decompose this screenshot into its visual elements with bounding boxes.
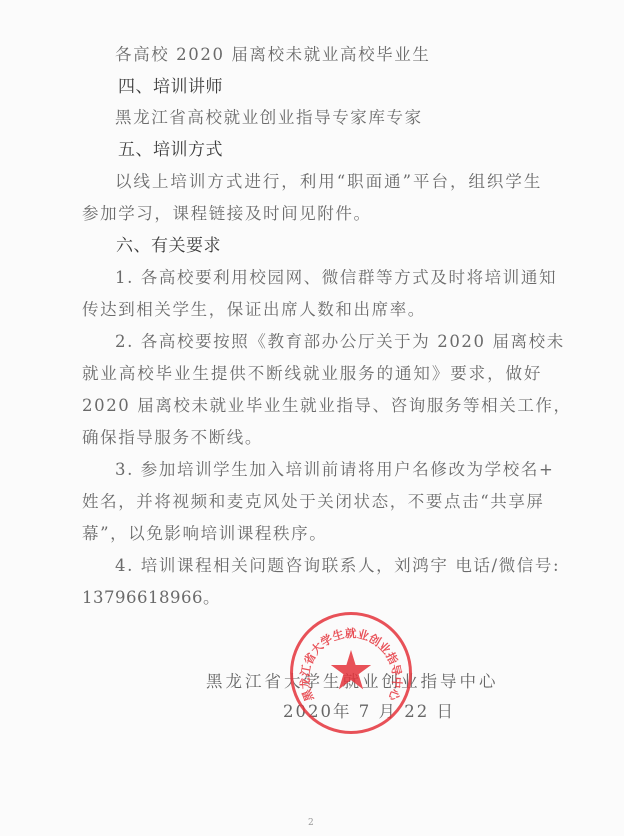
requirement-3-line-1: 3. 参加培训学生加入培训前请将用户名修改为学校名+ xyxy=(115,460,542,480)
requirement-4-line-1: 4. 培训课程相关问题咨询联系人，刘鸿宇 电话/微信号: xyxy=(115,556,542,576)
requirement-2-line-2: 就业高校毕业生提供不断线就业服务的通知》要求，做好 xyxy=(82,364,542,384)
requirement-3-line-3: 幕”，以免影响培训课程秩序。 xyxy=(82,524,542,544)
requirement-1-line-2: 传达到相关学生，保证出席人数和出席率。 xyxy=(82,300,542,320)
section-heading-trainers: 四、培训讲师 xyxy=(118,77,578,97)
method-text-line-1: 以线上培训方式进行，利用“职面通”平台，组织学生 xyxy=(115,172,542,192)
requirement-2-line-1: 2. 各高校要按照《教育部办公厅关于为 2020 届离校未 xyxy=(115,332,542,352)
seal-star-icon xyxy=(330,649,372,691)
requirement-2-line-4: 确保指导服务不断线。 xyxy=(82,428,542,448)
section-heading-requirements: 六、有关要求 xyxy=(116,236,576,256)
target-audience-text: 各高校 2020 届离校未就业高校毕业生 xyxy=(115,45,575,65)
trainers-text: 黑龙江省高校就业创业指导专家库专家 xyxy=(115,108,575,128)
requirement-2-line-3: 2020 届离校未就业毕业生就业指导、咨询服务等相关工作， xyxy=(82,396,542,416)
section-heading-method: 五、培训方式 xyxy=(118,140,578,160)
requirement-4-line-2: 13796618966。 xyxy=(82,588,542,608)
document-page: 各高校 2020 届离校未就业高校毕业生 四、培训讲师 黑龙江省高校就业创业指导… xyxy=(0,0,624,836)
official-seal: 黑龙江省大学生就业创业指导中心 xyxy=(290,612,412,734)
requirement-1-line-1: 1. 各高校要利用校园网、微信群等方式及时将培训通知 xyxy=(115,268,542,288)
requirement-3-line-2: 姓名，并将视频和麦克风处于关闭状态，不要点击“共享屏 xyxy=(82,492,542,512)
method-text-line-2: 参加学习，课程链接及时间见附件。 xyxy=(82,204,542,224)
page-number: 2 xyxy=(308,818,314,828)
